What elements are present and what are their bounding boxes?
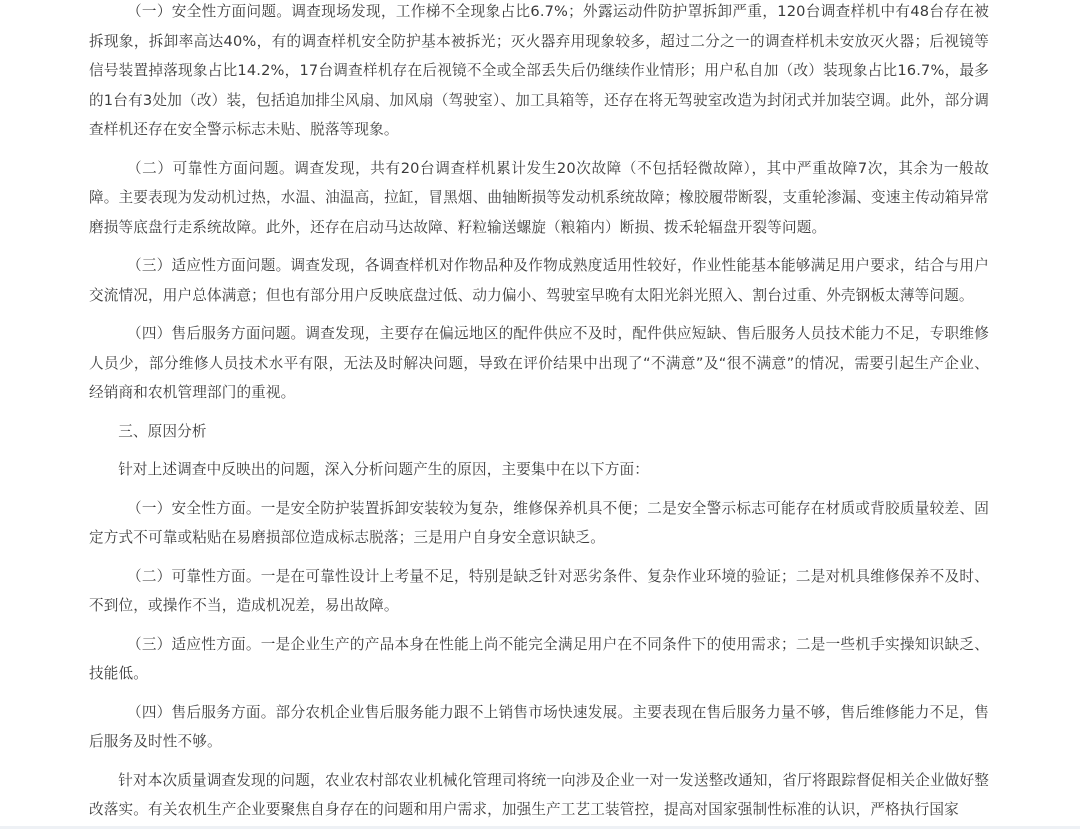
paragraph-adaptability-causes: （三）适应性方面。一是企业生产的产品本身在性能上尚不能完全满足用户在不同条件下的… [89, 630, 989, 689]
paragraph-after-sales-causes: （四）售后服务方面。部分农机企业售后服务能力跟不上销售市场快速发展。主要表现在售… [89, 698, 989, 757]
section-heading-cause-analysis: 三、原因分析 [89, 417, 989, 447]
paragraph-after-sales-issues: （四）售后服务方面问题。调查发现，主要存在偏远地区的配件供应不及时，配件供应短缺… [89, 319, 989, 408]
paragraph-rectification: 针对本次质量调查发现的问题，农业农村部农业机械化管理司将统一向涉及企业一对一发送… [89, 766, 989, 825]
paragraph-safety-causes: （一）安全性方面。一是安全防护装置拆卸安装较为复杂，维修保养机具不便；二是安全警… [89, 494, 989, 553]
paragraph-safety-issues: （一）安全性方面问题。调查现场发现，工作梯不全现象占比6.7%；外露运动件防护罩… [89, 0, 989, 145]
paragraph-adaptability-issues: （三）适应性方面问题。调查发现，各调查样机对作物品种及作物成熟度适用性较好，作业… [89, 251, 989, 310]
paragraph-reliability-causes: （二）可靠性方面。一是在可靠性设计上考量不足，特别是缺乏针对恶劣条件、复杂作业环… [89, 562, 989, 621]
article-body: （一）安全性方面问题。调查现场发现，工作梯不全现象占比6.7%；外露运动件防护罩… [89, 0, 989, 829]
paragraph-cause-intro: 针对上述调查中反映出的问题，深入分析问题产生的原因，主要集中在以下方面： [89, 455, 989, 485]
paragraph-reliability-issues: （二）可靠性方面问题。调查发现，共有20台调查样机累计发生20次故障（不包括轻微… [89, 154, 989, 243]
